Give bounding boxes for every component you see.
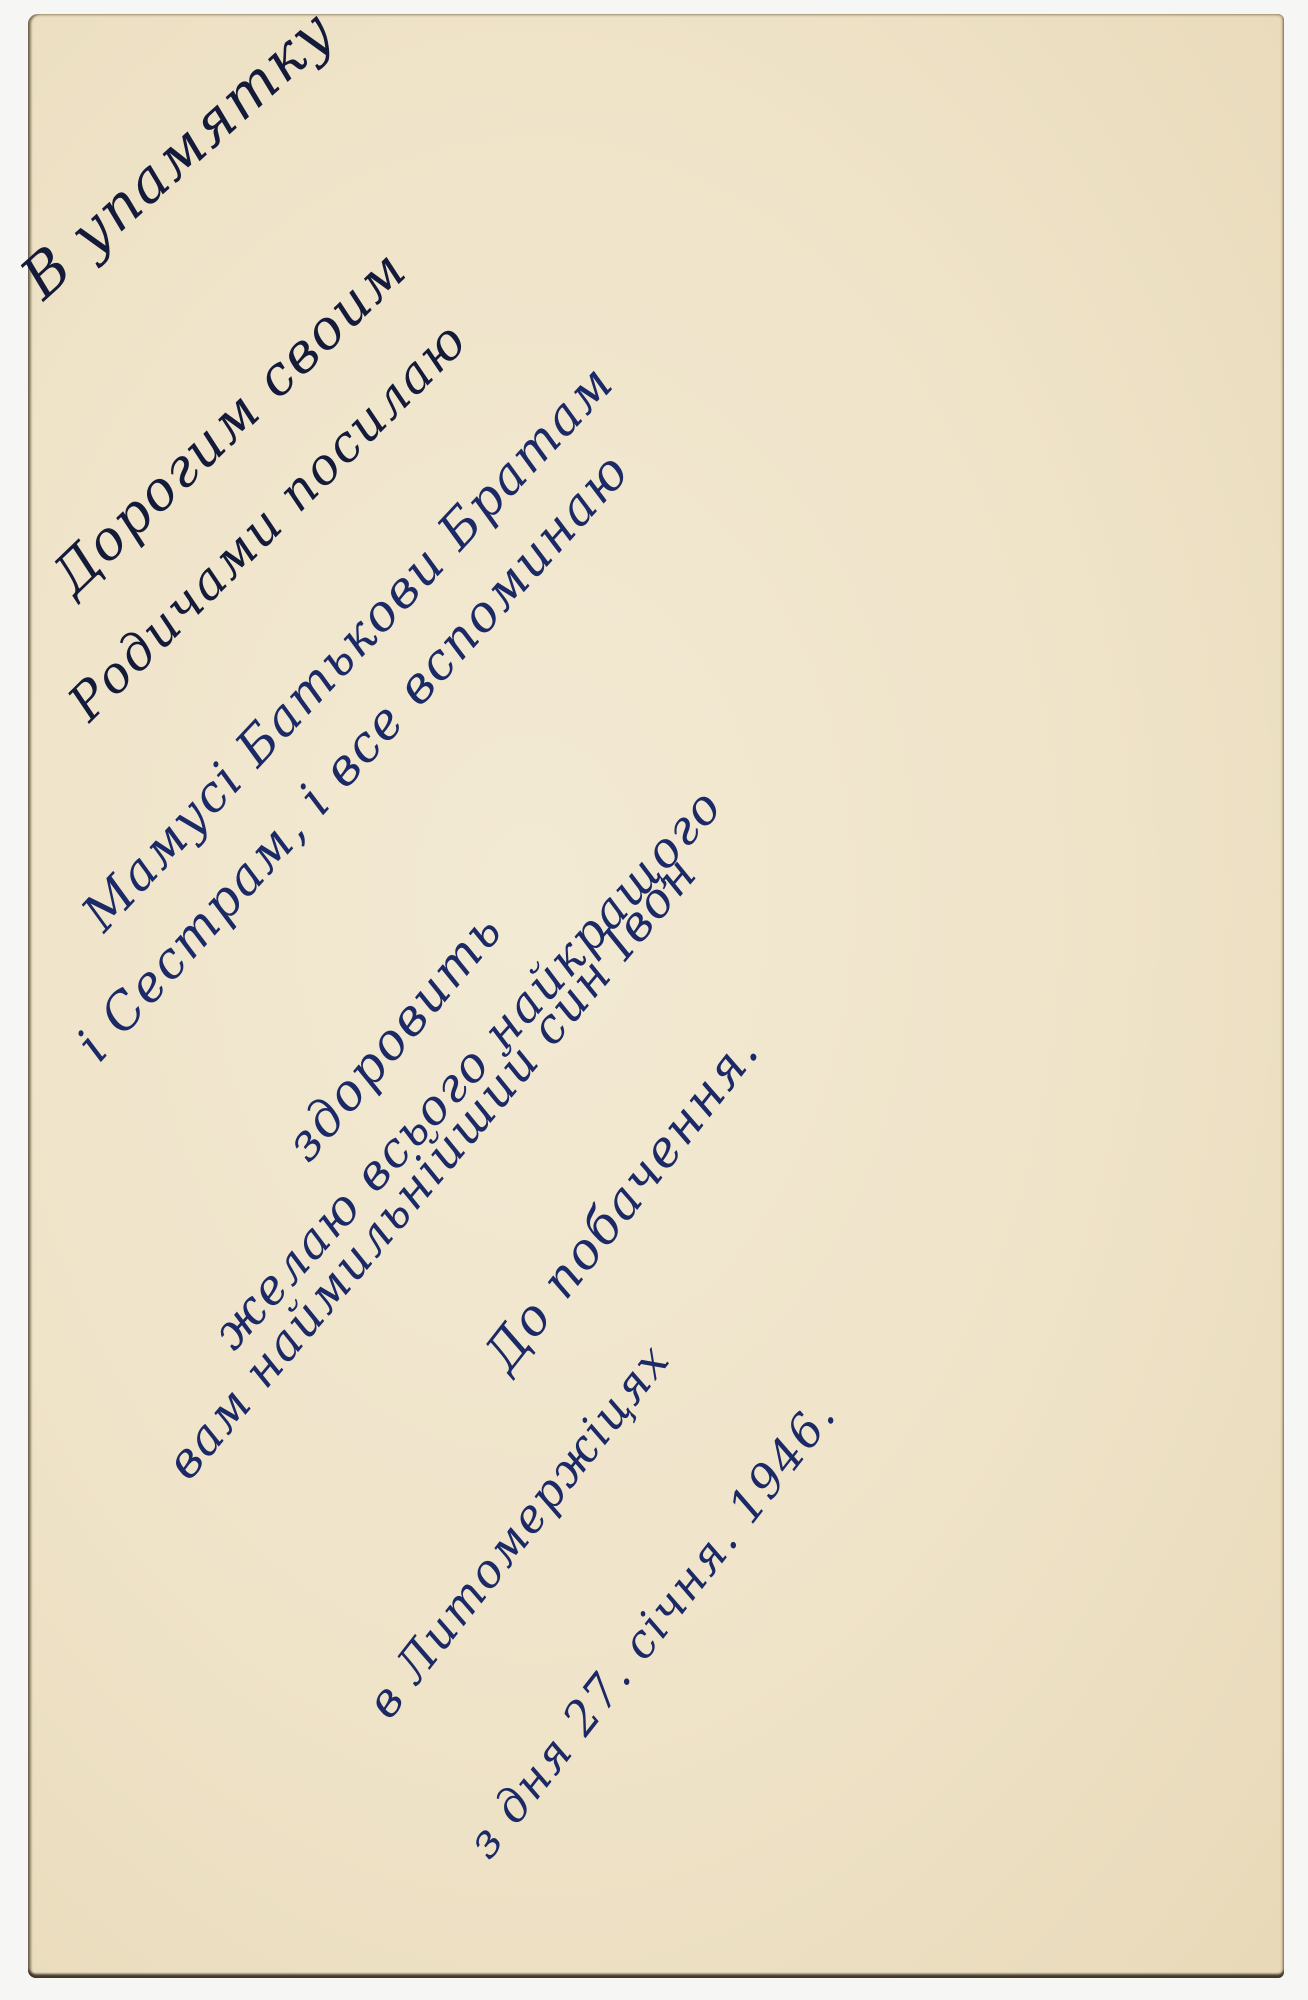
postcard-back: В упамятку Дорогим своим Родичами посила… <box>28 14 1284 1978</box>
handwriting-line-1: В упамятку <box>7 0 347 312</box>
handwriting-line-11: з дня 27. січня. 1946. <box>455 1388 847 1868</box>
